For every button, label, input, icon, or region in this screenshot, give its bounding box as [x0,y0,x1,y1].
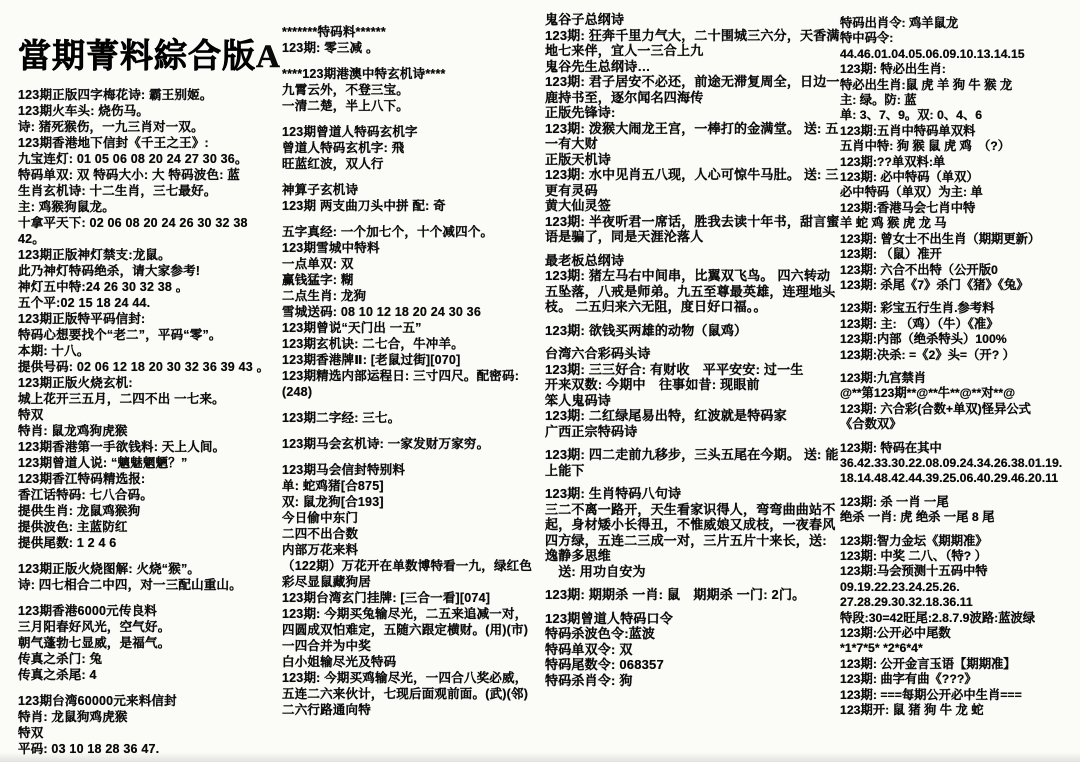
text-line: 123期: 生肖特码八句诗 [545,486,841,502]
text-line: 提供波色: 主蓝防红 [18,519,272,535]
text-line: 雪城送码: 08 10 12 18 20 24 30 36 [282,304,534,320]
text-line: 神算子玄机诗 [282,182,534,198]
text-line: 《合数双》 [840,417,1078,432]
text-line: 09.19.22.23.24.25.26. [840,580,1078,595]
text-line: 白小姐输尽光及特码 [282,654,534,670]
text-line: 最老板总纲诗 [545,253,841,269]
text-line: 二点生肖: 龙狗 [282,288,534,304]
text-line: 九霄云外，不登三宝。 [282,82,534,98]
text-line: 123期二字经: 三七。 [282,410,534,426]
text-line: 123期雪城中特料 [282,240,534,256]
text-line: 123期: （鼠）准开 [840,247,1078,262]
column-left-lines: 123期正版四字梅花诗: 霸王别姬。123期火车头: 烧伤马。诗: 猪死猴伤，一… [18,87,272,757]
text-line: 123期马会信封特别料 [282,462,534,478]
text-line: 诗: 猪死猴伤，一九三肖对一双。 [18,119,272,135]
text-line: 五个平:02 15 18 24 44. [18,295,272,311]
text-line: 123期正版四字梅花诗: 霸王别姬。 [18,87,272,103]
text-line: 广西正宗特码诗 [545,424,841,440]
text-line: 123期曾道人特码玄机字 [282,124,534,140]
text-line: 123期: 公开金言玉语【期期准】 [840,657,1078,672]
text-line: 笨人鬼码诗 [545,393,841,409]
text-line: ****123期港澳中特玄机诗**** [282,66,534,82]
text-line: 123期:九宫禁肖 [840,371,1078,386]
text-line: 123期: 杀 一肖 一尾 [840,495,1078,510]
text-line: 九宝连灯: 01 05 06 08 20 24 27 30 36。 [18,151,272,167]
text-line: 香江话特码: 七八合码。 [18,487,272,503]
text-line: 123期: 四二走前九移步，三头五尾在今期。 送: 能上能下 [545,447,841,478]
column-center-right: 鬼谷子总纲诗123期: 狂奔千里力气大，二十围城三六分，天香满地七来伴，宜人一三… [545,12,841,688]
text-line: 123期: 曲字有曲《???》 [840,672,1078,687]
text-line: 123期正版火烧图解: 火烧“猴”。 [18,561,272,577]
text-line: 主: 绿。防: 蓝 [840,93,1078,108]
text-line: 一清二楚，半上八下。 [282,98,534,114]
text-line: 123期: 二红绿尾易出特，红波就是特码家 [545,408,841,424]
text-line: 123期正版火烧玄机: [18,375,272,391]
text-line: 特双 [18,725,272,741]
text-line: 123期: 曾女士不出生肖（期期更新） [840,232,1078,247]
text-line: 特码心想要找个“老二”，平码“零”。 [18,327,272,343]
text-line: 赢钱猛字: 糊 [282,272,534,288]
text-line: 十拿平天下: 02 06 08 20 24 26 30 32 38 42。 [18,215,272,247]
text-line: 特肖: 龙鼠狗鸡虎猴 [18,709,272,725]
text-line: 送: 用功自安为 [545,564,841,580]
text-line: 123期:决杀: =《2》头=（开? ） [840,348,1078,363]
text-line: 绝杀 一肖: 虎 绝杀 一尾 8 尾 [840,510,1078,525]
text-line: 123期:香港马会七肖中特 [840,201,1078,216]
text-line: 123期: 泼猴大闹龙王宫，一棒打的金满堂。 送: 五一有大财 [545,121,841,152]
text-line: 123期曾道人说: “魑魅魍魉？” [18,455,272,471]
text-line: 单: 蛇鸡猪[合875] [282,478,534,494]
text-line: 123期: 欲钱买两雄的动物（鼠鸡） [545,323,841,339]
text-line: 三月阳春好风光，空气好。 [18,619,272,635]
text-line: 传真之杀尾: 4 [18,667,272,683]
text-line: 123期 两支曲刀头中拼 配: 奇 [282,198,534,214]
text-line: 正版天机诗 [545,152,841,168]
section-gap [282,56,534,66]
text-line: 特码出肖令: 鸡羊鼠龙 [840,16,1078,31]
column-center-right-lines: 鬼谷子总纲诗123期: 狂奔千里力气大，二十围城三六分，天香满地七来伴，宜人一三… [545,12,841,688]
text-line: 36.42.33.30.22.08.09.24.34.26.38.01.19. [840,456,1078,471]
text-line: 123期: 君子居安不必还，前途无滞复周全，日边一鹿持书至，逐尔闻名四海传 [545,74,841,105]
text-line: 123期: 水中见肖五八现，人心可惊牛马肚。 送: 三更有灵码 [545,167,841,198]
text-line: 123期:内部（绝杀特头）100% [840,332,1078,347]
section-gap [545,478,841,486]
text-line: 123期马会玄机诗: 一家发财万家穷。 [282,436,534,452]
text-line: 123期: 特码在其中 [840,441,1078,456]
text-line: 123期: ===每期公开必中生肖=== [840,688,1078,703]
column-center-left: *******特码料******123期: 零三减 。****123期港澳中特玄… [282,24,534,718]
text-line: 123期: 三三好合: 有财收 平平安安: 过一生 [545,362,841,378]
text-line: 诗: 四七相合二中四，对一三配山重山。 [18,577,272,593]
section-gap [282,172,534,182]
text-line: 123期: 六合不出特（公开版0 [840,263,1078,278]
text-line: 单: 3、7、9。双: 0、4、6 [840,108,1078,123]
section-gap [282,400,534,410]
text-line: 特双 [18,407,272,423]
text-line: 123期:??单双料:单 [840,155,1078,170]
section-gap [282,114,534,124]
text-line: 123期香港第一手欲钱料: 天上人间。 [18,439,272,455]
text-line: 特码单双: 双 特码大小: 大 特码波色: 蓝 [18,167,272,183]
section-gap [840,433,1078,441]
section-gap [545,603,841,611]
text-line: 123期火车头: 烧伤马。 [18,103,272,119]
column-center-left-lines: *******特码料******123期: 零三减 。****123期港澳中特玄… [282,24,534,718]
section-gap [282,214,534,224]
text-line: 神灯五中特:24 26 30 32 38 。 [18,279,272,295]
section-gap [18,683,272,693]
text-line: 特肖: 鼠龙鸡狗虎猴 [18,423,272,439]
text-line: 二四不出合数 [282,526,534,542]
text-line: 123期台湾玄门挂牌: [三合一看][074] [282,590,534,606]
text-line: 123期: 特必出生肖: [840,62,1078,77]
text-line: 123期: 中奖 二八、（特? ） [840,549,1078,564]
section-gap [282,452,534,462]
text-line: 必中特码（单双）为主: 单 [840,185,1078,200]
text-line: 台湾六合彩码头诗 [545,346,841,362]
section-gap [545,315,841,323]
text-line: 鬼谷先生总纲诗… [545,59,841,75]
text-line: 今日偷中东门 [282,510,534,526]
text-line: 特码单双令: 双 [545,642,841,658]
text-line: 123期香江特码精选报: [18,471,272,487]
section-gap [840,363,1078,371]
text-line: 曾道人特码玄机字: 飛 [282,140,534,156]
text-line: 123期: 六合彩(合数+单双)怪异公式 [840,402,1078,417]
section-gap [282,426,534,436]
text-line: 特必出生肖:鼠 虎 羊 狗 牛 猴 龙 [840,78,1078,93]
text-line: 123期香港6000元传良料 [18,603,272,619]
text-line: 123期: 必中特码（单双） [840,170,1078,185]
text-line: 城上花开三五月，二四不出 一七来。 [18,391,272,407]
column-right-lines: 特码出肖令: 鸡羊鼠龙特中码令: 44.46.01.04.05.06.09.10… [840,16,1078,718]
text-line: 123期台湾60000元来料信封 [18,693,272,709]
text-line: 123期: 狂奔千里力气大，二十围城三六分，天香满地七来伴，宜人一三合上九 [545,28,841,59]
text-line: 本期: 十八。 [18,343,272,359]
text-line: 123期: 彩宝五行生肖.参考料 [840,301,1078,316]
section-gap [18,593,272,603]
section-gap [840,526,1078,534]
text-line: 123期曾道人特码口令 [545,611,841,627]
text-line: 123期:公开必中尾数 [840,626,1078,641]
section-gap [545,338,841,346]
text-line: 双: 鼠龙狗[合193] [282,494,534,510]
text-line: 123期:五肖中特码单双料 [840,124,1078,139]
text-line: 特码杀波色令:蓝波 [545,626,841,642]
text-line: 提供号码: 02 06 12 18 20 30 32 36 39 43 。 [18,359,272,375]
text-line: 123期精选内部运程日: 三寸四尺。配密码: (248) [282,368,534,400]
column-right: 特码出肖令: 鸡羊鼠龙特中码令: 44.46.01.04.05.06.09.10… [840,16,1078,718]
section-gap [545,245,841,253]
text-line: *******特码料****** [282,24,534,40]
text-line: 羊 蛇 鸡 猴 虎 龙 马 [840,216,1078,231]
text-line: 18.14.48.42.44.39.25.06.40.29.46.20.11 [840,471,1078,486]
text-line: 123期: 杀尾《7》杀门《猪》《兔》 [840,278,1078,293]
section-gap [18,551,272,561]
text-line: 123期: 主: （鸡）（牛）《准》 [840,317,1078,332]
text-line: 123期:智力金坛《期期准》 [840,534,1078,549]
text-line: 三二不离一路开，天生看家识得人，弯弯曲曲站不起，身材矮小长得丑，不惟威娘又成枝，… [545,502,841,564]
text-line: 一点单双: 双 [282,256,534,272]
text-line: 五字真经: 一个加七个，十个减四个。 [282,224,534,240]
scan-edge-shadow [0,752,1080,762]
text-line: 特码杀肖令: 狗 [545,673,841,689]
text-line: 27.28.29.30.32.18.36.11 [840,595,1078,610]
text-line: 提供尾数: 1 2 4 6 [18,535,272,551]
text-line: （122期）万花开在单数博特看一九，绿红色彩尽显鼠藏狗居 [282,558,534,590]
section-gap [840,487,1078,495]
text-line: 开来双数: 今期中 往事如昔: 现眼前 [545,377,841,393]
text-line: 123期: 期期杀 一肖: 鼠 期期杀 一门: 2门。 [545,587,841,603]
text-line: 正版先锋诗: [545,105,841,121]
text-line: 123期: 零三减 。 [282,40,534,56]
text-line: 鬼谷子总纲诗 [545,12,841,28]
text-line: @**第123期**@**牛**@**对**@ [840,386,1078,401]
text-line: 123期: 今期买兔输尽光，二五来追减一对，四圆成双怕难定，五随六跟定横财。(用… [282,606,534,654]
text-line: 123期: 猪左马右中间串，比翼双飞鸟。 四六转动五坠落，八戒是师弟。九五至尊最… [545,268,841,315]
text-line: 123期香港牌Ⅱ: [老鼠过街][070] [282,352,534,368]
column-left: 當期菁料綜合版A 123期正版四字梅花诗: 霸王别姬。123期火车头: 烧伤马。… [18,28,272,757]
text-line: 内部万花来料 [282,542,534,558]
text-line: 特中码令: 44.46.01.04.05.06.09.10.13.14.15 [840,31,1078,62]
text-line: 朝气蓬勃七显威，是福气。 [18,635,272,651]
text-line: 黄大仙灵签 [545,198,841,214]
text-line: 123期正版神灯禁支:龙鼠。 [18,247,272,263]
page-title: 當期菁料綜合版A [18,30,272,77]
text-line: 生肖玄机诗: 十二生肖，三七最好。 [18,183,272,199]
text-line: 123期:马会预测十五码中特 [840,564,1078,579]
text-line: *1*7*5* *2*6*4* [840,641,1078,656]
text-line: 五肖中特: 狗 猴 鼠 虎 鸡 （?） [840,139,1078,154]
text-line: 123期曾说“天门出 一五” [282,320,534,336]
text-line: 123期玄机诀: 二七合，牛冲羊。 [282,336,534,352]
section-gap [545,579,841,587]
text-line: 123期正版特平码信封: [18,311,272,327]
text-line: 特段:30=42旺尾:2.8.7.9波路:蓝波绿 [840,611,1078,626]
text-line: 旺蓝红波，双人行 [282,156,534,172]
text-line: 传真之杀门: 兔 [18,651,272,667]
text-line: 主: 鸡猴狗鼠龙。 [18,199,272,215]
section-gap [545,439,841,447]
text-line: 123期开: 鼠 猪 狗 牛 龙 蛇 [840,703,1078,718]
text-line: 123期: 今期买鸡输尽光，一四合八奖必威，五连二六来伙计，七现后面观前面。(武… [282,670,534,718]
text-line: 123期: 半夜听君一席话，胜我去读十年书，甜言蜜语是骗了，同是天涯沦落人 [545,214,841,245]
text-line: 123期香港地下信封《千王之王》: [18,135,272,151]
text-line: 特码尾数令: 068357 [545,657,841,673]
text-line: 此乃神灯特码绝杀，请大家参考! [18,263,272,279]
text-line: 提供生肖: 龙鼠鸡猴狗 [18,503,272,519]
